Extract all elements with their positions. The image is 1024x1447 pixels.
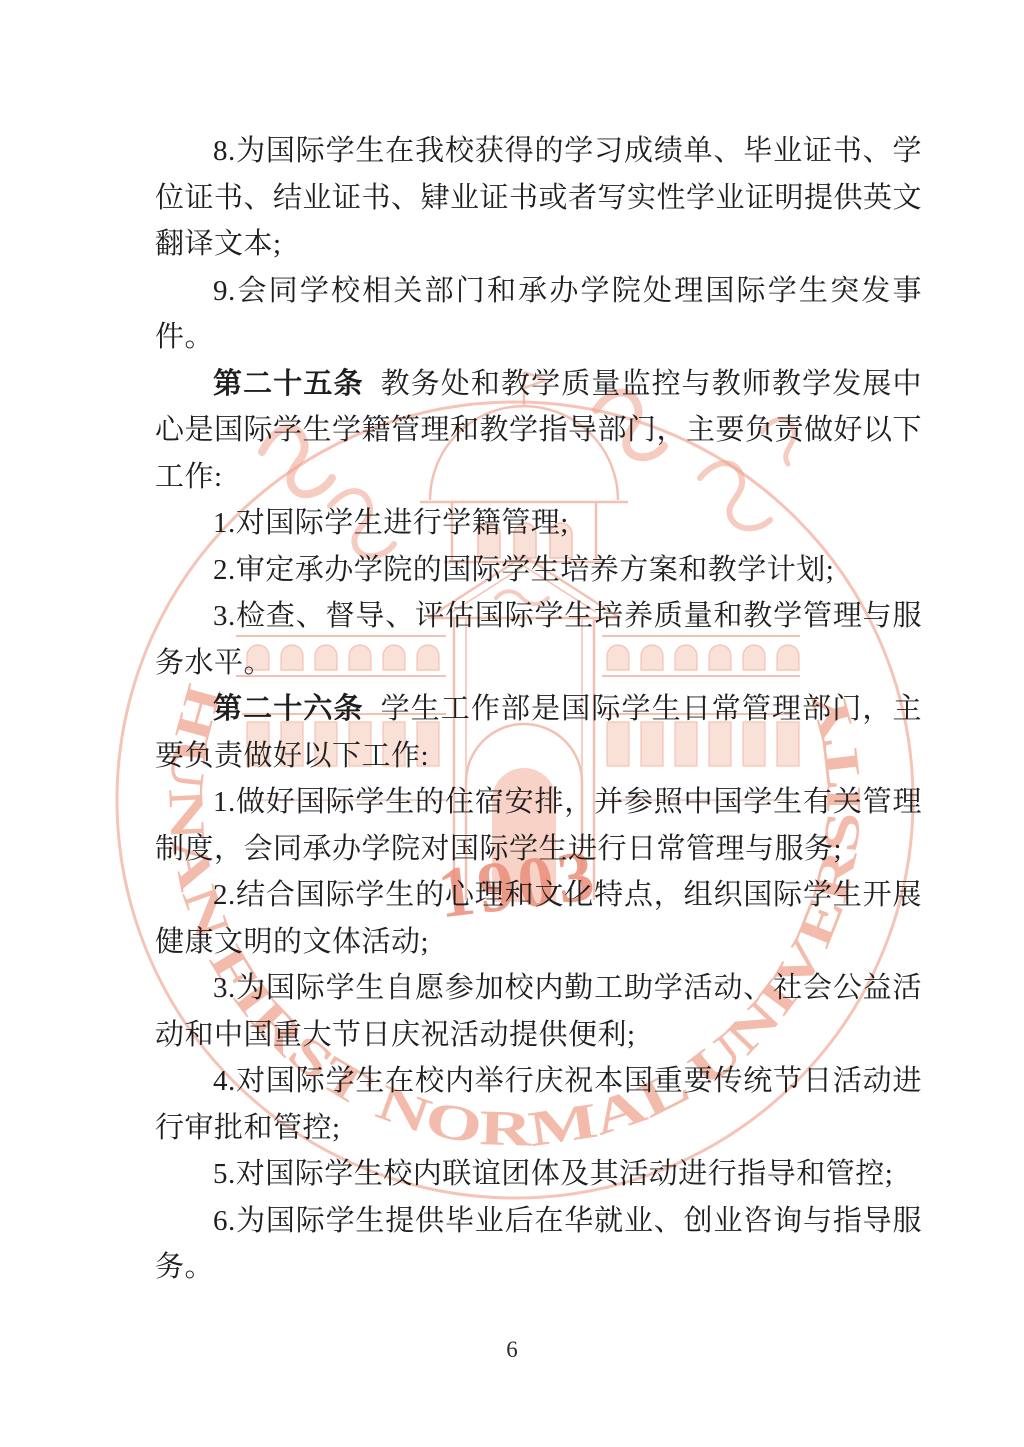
paragraph-item-1: 1.对国际学生进行学籍管理; bbox=[155, 500, 922, 547]
paragraph-item-5b: 5.对国际学生校内联谊团体及其活动进行指导和管控; bbox=[155, 1151, 922, 1198]
document-page: 1903 HUNAN FIRST NORMAL UNIVERSITY 8.为国际… bbox=[0, 0, 1024, 1447]
paragraph-article-26: 第二十六条学生工作部是国际学生日常管理部门，主要负责做好以下工作: bbox=[155, 686, 922, 779]
paragraph-text: 1.做好国际学生的住宿安排，并参照中国学生有关管理制度，会同承办学院对国际学生进… bbox=[155, 786, 922, 865]
paragraph-text: 8.为国际学生在我校获得的学习成绩单、毕业证书、学位证书、结业证书、肄业证书或者… bbox=[155, 135, 922, 260]
paragraph-item-3b: 3.为国际学生自愿参加校内勤工助学活动、社会公益活动和中国重大节日庆祝活动提供便… bbox=[155, 965, 922, 1058]
paragraph-item-6b: 6.为国际学生提供毕业后在华就业、创业咨询与指导服务。 bbox=[155, 1198, 922, 1291]
paragraph-text: 2.审定承办学院的国际学生培养方案和教学计划; bbox=[213, 554, 834, 586]
body-text: 8.为国际学生在我校获得的学习成绩单、毕业证书、学位证书、结业证书、肄业证书或者… bbox=[155, 128, 922, 1291]
article-number: 第二十六条 bbox=[213, 693, 364, 725]
paragraph-item-3: 3.检查、督导、评估国际学生培养质量和教学管理与服务水平。 bbox=[155, 593, 922, 686]
paragraph-item-1b: 1.做好国际学生的住宿安排，并参照中国学生有关管理制度，会同承办学院对国际学生进… bbox=[155, 779, 922, 872]
paragraph-article-25: 第二十五条教务处和教学质量监控与教师教学发展中心是国际学生学籍管理和教学指导部门… bbox=[155, 361, 922, 501]
article-number: 第二十五条 bbox=[213, 368, 364, 400]
paragraph-item-2b: 2.结合国际学生的心理和文化特点，组织国际学生开展健康文明的文体活动; bbox=[155, 872, 922, 965]
paragraph-text: 4.对国际学生在校内举行庆祝本国重要传统节日活动进行审批和管控; bbox=[155, 1065, 922, 1144]
paragraph-item-4b: 4.对国际学生在校内举行庆祝本国重要传统节日活动进行审批和管控; bbox=[155, 1058, 922, 1151]
paragraph-text: 9.会同学校相关部门和承办学院处理国际学生突发事件。 bbox=[155, 275, 922, 354]
paragraph-text: 3.为国际学生自愿参加校内勤工助学活动、社会公益活动和中国重大节日庆祝活动提供便… bbox=[155, 972, 922, 1051]
paragraph-text: 5.对国际学生校内联谊团体及其活动进行指导和管控; bbox=[213, 1158, 893, 1190]
paragraph-text: 3.检查、督导、评估国际学生培养质量和教学管理与服务水平。 bbox=[155, 600, 922, 679]
paragraph-duty-8: 8.为国际学生在我校获得的学习成绩单、毕业证书、学位证书、结业证书、肄业证书或者… bbox=[155, 128, 922, 268]
paragraph-text: 6.为国际学生提供毕业后在华就业、创业咨询与指导服务。 bbox=[155, 1205, 922, 1284]
paragraph-item-2: 2.审定承办学院的国际学生培养方案和教学计划; bbox=[155, 547, 922, 594]
paragraph-text: 1.对国际学生进行学籍管理; bbox=[213, 507, 569, 539]
page-number: 6 bbox=[0, 1337, 1024, 1363]
paragraph-duty-9: 9.会同学校相关部门和承办学院处理国际学生突发事件。 bbox=[155, 268, 922, 361]
paragraph-text: 2.结合国际学生的心理和文化特点，组织国际学生开展健康文明的文体活动; bbox=[155, 879, 922, 958]
